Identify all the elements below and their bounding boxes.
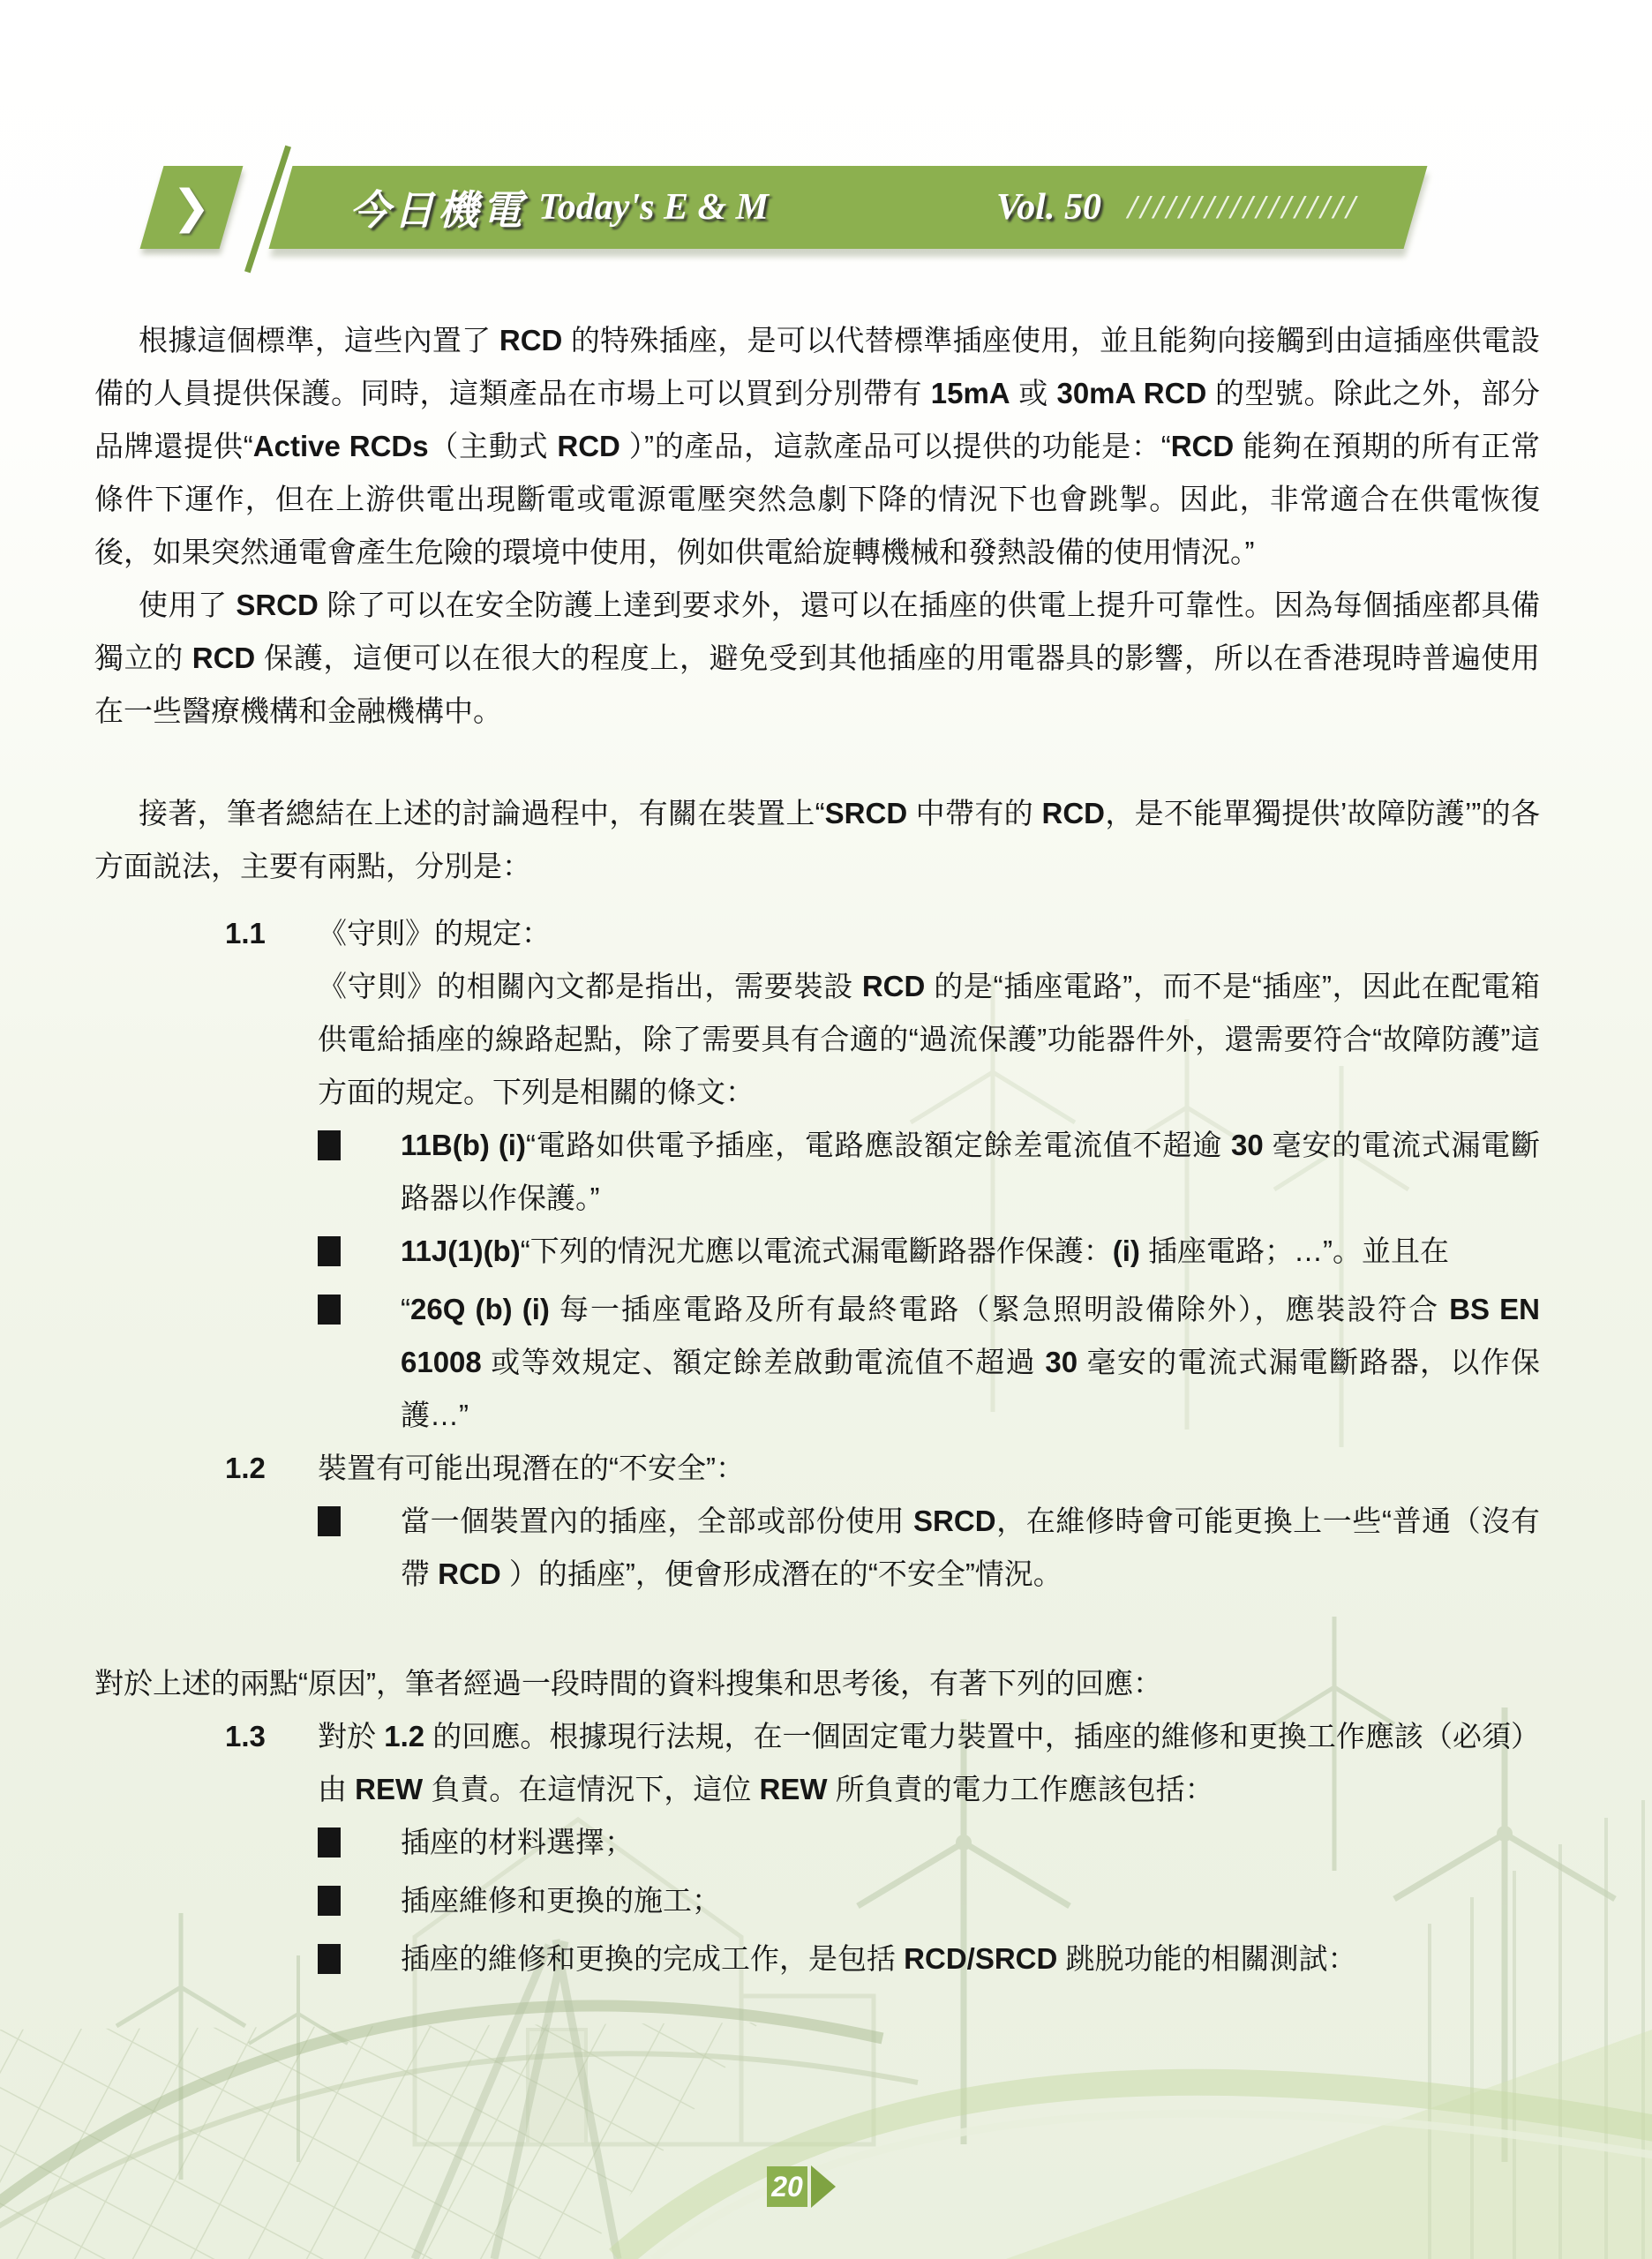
bullet-text: “26Q (b) (i) 每一插座電路及所有最終電路（緊急照明設備除外），應裝設… <box>401 1283 1540 1442</box>
response-intro-paragraph: 對於上述的兩點“原因”，筆者經過一段時間的資料搜集和思考後，有著下列的回應： <box>94 1657 1540 1710</box>
item-number: 1.1 <box>225 907 318 1442</box>
article-body: 根據這個標準，這些內置了 RCD 的特殊插座，是可以代替標準插座使用，並且能夠向… <box>94 314 1540 1991</box>
numbered-item-1-1: 1.1 《守則》的規定： 《守則》的相關內文都是指出，需要裝設 RCD 的是“插… <box>94 907 1540 1442</box>
bullet-item: 插座維修和更換的施工； <box>318 1874 1540 1933</box>
page-number-badge: 20 <box>767 2165 836 2208</box>
article-paragraph: 根據這個標準，這些內置了 RCD 的特殊插座，是可以代替標準插座使用，並且能夠向… <box>94 314 1540 579</box>
banner-chevron-badge: ❯ <box>140 166 244 249</box>
bullet-item: 插座的維修和更換的完成工作，是包括 RCD/SRCD 跳脱功能的相關測試： <box>318 1933 1540 1991</box>
bullet-text: 當一個裝置內的插座，全部或部份使用 SRCD，在維修時會可能更換上一些“普通（沒… <box>401 1495 1540 1601</box>
banner-bar: 今日機電 Today's E & M Vol. 50 /////////////… <box>269 166 1428 249</box>
bullet-square-icon <box>318 1944 341 1974</box>
bullet-text: 11J(1)(b)“下列的情況尤應以電流式漏電斷路器作保護：(i) 插座電路；…… <box>401 1225 1540 1283</box>
item-number: 1.3 <box>225 1710 318 1991</box>
item-title: 裝置有可能出現潛在的“不安全”： <box>318 1442 1540 1495</box>
article-paragraph: 接著，筆者總結在上述的討論過程中，有關在裝置上“SRCD 中帶有的 RCD，是不… <box>94 787 1540 893</box>
bullet-square-icon <box>318 1236 341 1266</box>
bullet-text: 11B(b) (i)“電路如供電予插座，電路應設額定餘差電流值不超逾 30 毫安… <box>401 1119 1540 1225</box>
bullet-text: 插座維修和更換的施工； <box>401 1874 1540 1933</box>
item-title: 《守則》的規定： <box>318 907 1540 960</box>
bullet-item: 11B(b) (i)“電路如供電予插座，電路應設額定餘差電流值不超逾 30 毫安… <box>318 1119 1540 1225</box>
volume-label: Vol. 50 <box>996 186 1101 229</box>
bullet-square-icon <box>318 1130 341 1160</box>
bullet-item: 插座的材料選擇； <box>318 1816 1540 1874</box>
item-body: 對於 1.2 的回應。根據現行法規，在一個固定電力裝置中，插座的維修和更換工作應… <box>318 1710 1540 1816</box>
item-body: 《守則》的相關內文都是指出，需要裝設 RCD 的是“插座電路”，而不是“插座”，… <box>318 960 1540 1119</box>
article-paragraph: 使用了 SRCD 除了可以在安全防護上達到要求外，還可以在插座的供電上提升可靠性… <box>94 579 1540 738</box>
magazine-title: 今日機電 <box>349 178 526 236</box>
bullet-text: 插座的維修和更換的完成工作，是包括 RCD/SRCD 跳脱功能的相關測試： <box>401 1933 1540 1991</box>
bullet-square-icon <box>318 1295 341 1325</box>
bullet-text: 插座的材料選擇； <box>401 1816 1540 1874</box>
numbered-item-1-3: 1.3 對於 1.2 的回應。根據現行法規，在一個固定電力裝置中，插座的維修和更… <box>94 1710 1540 1991</box>
bullet-item: “26Q (b) (i) 每一插座電路及所有最終電路（緊急照明設備除外），應裝設… <box>318 1283 1540 1442</box>
page-number: 20 <box>771 2171 803 2203</box>
banner-slashes-decoration: ////////////////// <box>1128 188 1359 227</box>
header-banner: ❯ 今日機電 Today's E & M Vol. 50 ///////////… <box>0 166 1652 249</box>
page-number-arrow-icon <box>811 2165 836 2208</box>
numbered-item-1-2: 1.2 裝置有可能出現潛在的“不安全”： 當一個裝置內的插座，全部或部份使用 S… <box>94 1442 1540 1601</box>
bullet-square-icon <box>318 1827 341 1857</box>
bullet-item: 11J(1)(b)“下列的情況尤應以電流式漏電斷路器作保護：(i) 插座電路；…… <box>318 1225 1540 1283</box>
magazine-title-english: Today's E & M <box>538 186 769 229</box>
chevron-right-icon: ❯ <box>172 184 211 230</box>
item-number: 1.2 <box>225 1442 318 1601</box>
magazine-page: ❯ 今日機電 Today's E & M Vol. 50 ///////////… <box>0 0 1652 2259</box>
bullet-square-icon <box>318 1886 341 1916</box>
bullet-square-icon <box>318 1506 341 1536</box>
bullet-item: 當一個裝置內的插座，全部或部份使用 SRCD，在維修時會可能更換上一些“普通（沒… <box>318 1495 1540 1601</box>
